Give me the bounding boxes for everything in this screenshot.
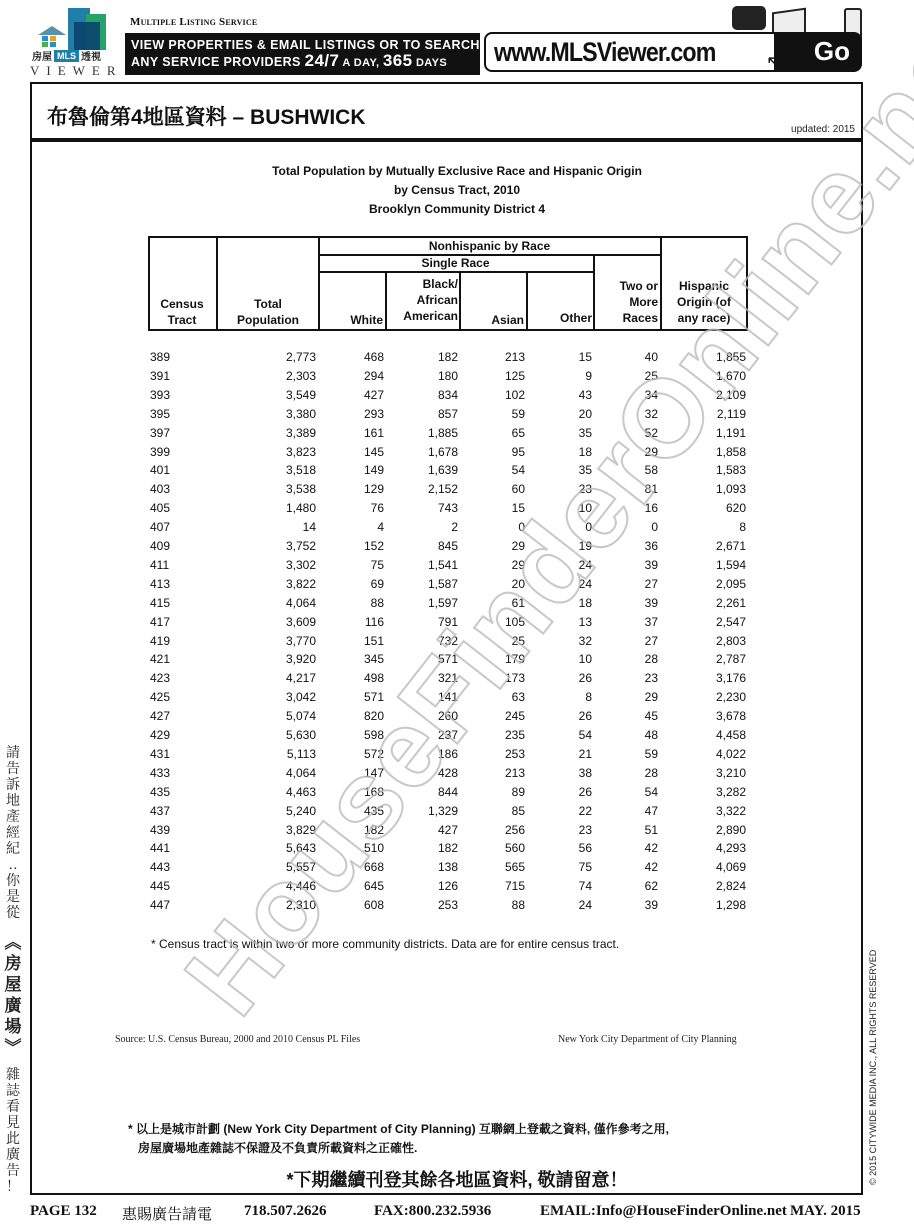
cell-hispanic: 2,824	[716, 879, 746, 893]
cell-white: 75	[371, 558, 384, 572]
cell-tract: 421	[150, 652, 170, 666]
cell-tract: 435	[150, 785, 170, 799]
cell-tract: 401	[150, 463, 170, 477]
cell-hispanic: 3,322	[716, 804, 746, 818]
cell-other: 21	[579, 747, 592, 761]
cell-asian: 20	[512, 577, 525, 591]
cell-total: 3,389	[286, 426, 316, 440]
cell-hispanic: 2,261	[716, 596, 746, 610]
cell-two-or-more: 29	[645, 445, 658, 459]
cell-tract: 425	[150, 690, 170, 704]
col-header-two-or-more: Two orMoreRaces	[595, 278, 658, 326]
cell-hispanic: 1,298	[716, 898, 746, 912]
logo-viewer-text: VIEWER	[30, 63, 122, 79]
cell-asian: 61	[512, 596, 525, 610]
cell-asian: 179	[505, 652, 525, 666]
cell-black: 1,329	[428, 804, 458, 818]
cell-white: 168	[364, 785, 384, 799]
cell-tract: 393	[150, 388, 170, 402]
cell-two-or-more: 39	[645, 898, 658, 912]
cell-total: 5,113	[287, 747, 316, 761]
table-row: 4193,7701517322532272,803	[148, 634, 748, 653]
cell-other: 54	[579, 728, 592, 742]
side-ad-magazine: ︽房屋廣場︾	[2, 932, 24, 1058]
cell-two-or-more: 39	[645, 596, 658, 610]
cell-other: 26	[579, 785, 592, 799]
cell-tract: 403	[150, 482, 170, 496]
logo-building-icon	[74, 22, 100, 50]
col-header-census-tract: CensusTract	[148, 296, 216, 328]
cell-total: 3,829	[286, 823, 316, 837]
cell-asian: 560	[505, 841, 525, 855]
cell-asian: 63	[512, 690, 525, 704]
cell-two-or-more: 54	[645, 785, 658, 799]
cell-black: 141	[438, 690, 458, 704]
cell-total: 3,042	[286, 690, 316, 704]
page-number: PAGE 132	[30, 1203, 97, 1220]
cell-total: 2,310	[286, 898, 316, 912]
cell-two-or-more: 51	[645, 823, 658, 837]
cell-black: 1,639	[428, 463, 458, 477]
cell-tract: 423	[150, 671, 170, 685]
cell-other: 35	[579, 426, 592, 440]
cell-black: 1,587	[428, 577, 458, 591]
cell-tract: 407	[150, 520, 170, 534]
col-header-total-population: TotalPopulation	[218, 296, 318, 328]
cell-other: 38	[579, 766, 592, 780]
cell-white: 608	[364, 898, 384, 912]
cell-hispanic: 2,787	[716, 652, 746, 666]
cell-two-or-more: 58	[645, 463, 658, 477]
cell-white: 345	[364, 652, 384, 666]
cell-hispanic: 1,191	[716, 426, 746, 440]
col-header-white: White	[320, 312, 383, 328]
cell-tract: 405	[150, 501, 170, 515]
cell-tract: 389	[150, 350, 170, 364]
title-divider	[30, 138, 863, 142]
cell-two-or-more: 16	[645, 501, 658, 515]
copyright-vertical: © 2015 CITYWIDE MEDIA INC., ALL RIGHTS R…	[868, 950, 878, 1185]
cell-hispanic: 2,230	[716, 690, 746, 704]
cell-other: 35	[579, 463, 592, 477]
cell-asian: 256	[505, 823, 525, 837]
cell-white: 88	[371, 596, 384, 610]
cell-other: 22	[579, 804, 592, 818]
table-row: 4253,042571141638292,230	[148, 690, 748, 709]
cell-two-or-more: 0	[651, 520, 658, 534]
cell-two-or-more: 42	[645, 841, 658, 855]
cell-two-or-more: 23	[645, 671, 658, 685]
source-note: Source: U.S. Census Bureau, 2000 and 201…	[115, 1034, 360, 1045]
cell-other: 32	[579, 634, 592, 648]
table-row: 4415,64351018256056424,293	[148, 841, 748, 860]
disclaimer: * 以上是城市計劃 (New York City Department of C…	[128, 1120, 669, 1158]
cell-white: 820	[364, 709, 384, 723]
cell-black: 237	[438, 728, 458, 742]
cell-hispanic: 3,210	[716, 766, 746, 780]
cell-two-or-more: 27	[645, 634, 658, 648]
cell-black: 571	[438, 652, 458, 666]
cell-total: 5,643	[286, 841, 316, 855]
cell-white: 4	[377, 520, 384, 534]
table-row: 4393,82918242725623512,890	[148, 823, 748, 842]
cell-black: 253	[438, 898, 458, 912]
cell-asian: 253	[505, 747, 525, 761]
col-header-black: Black/AfricanAmerican	[387, 276, 458, 324]
cell-black: 743	[438, 501, 458, 515]
cell-total: 3,518	[286, 463, 316, 477]
cell-other: 24	[579, 558, 592, 572]
cell-total: 3,538	[286, 482, 316, 496]
cell-other: 20	[579, 407, 592, 421]
col-header-other: Other	[528, 310, 592, 326]
subgroup-header-single-race: Single Race	[318, 255, 593, 271]
cell-asian: 54	[512, 463, 525, 477]
cell-other: 18	[579, 596, 592, 610]
cell-hispanic: 1,093	[716, 482, 746, 496]
fax-number: FAX:800.232.5936	[374, 1203, 491, 1220]
cell-two-or-more: 25	[645, 369, 658, 383]
cell-two-or-more: 29	[645, 690, 658, 704]
cell-hispanic: 2,803	[716, 634, 746, 648]
issue-date: MAY. 2015	[790, 1203, 861, 1220]
cell-tract: 439	[150, 823, 170, 837]
updated-label: updated: 2015	[791, 124, 855, 135]
cell-hispanic: 2,547	[716, 615, 746, 629]
cell-white: 145	[364, 445, 384, 459]
mls-viewer-logo: 房屋 MLS 透視 VIEWER	[30, 4, 122, 76]
cell-total: 4,217	[286, 671, 316, 685]
cell-black: 1,541	[428, 558, 458, 572]
cell-white: 294	[364, 369, 384, 383]
cell-white: 498	[364, 671, 384, 685]
col-header-asian: Asian	[461, 312, 524, 328]
table-footnote: * Census tract is within two or more com…	[151, 937, 619, 951]
cell-two-or-more: 39	[645, 558, 658, 572]
cell-total: 4,446	[286, 879, 316, 893]
cell-two-or-more: 62	[645, 879, 658, 893]
cell-hispanic: 3,282	[716, 785, 746, 799]
cell-tract: 397	[150, 426, 170, 440]
cell-black: 182	[438, 350, 458, 364]
cell-white: 468	[364, 350, 384, 364]
cell-black: 1,885	[428, 426, 458, 440]
cell-asian: 15	[512, 501, 525, 515]
video-camera-icon	[732, 6, 766, 30]
table-row: 4375,2404351,3298522473,322	[148, 804, 748, 823]
cell-two-or-more: 34	[645, 388, 658, 402]
cell-white: 151	[364, 634, 384, 648]
cell-black: 834	[438, 388, 458, 402]
cell-white: 572	[364, 747, 384, 761]
cell-tract: 443	[150, 860, 170, 874]
cell-asian: 65	[512, 426, 525, 440]
cell-other: 10	[579, 501, 592, 515]
table-header: Nonhispanic by Race Single Race CensusTr…	[148, 236, 748, 331]
cell-total: 4,463	[286, 785, 316, 799]
cell-black: 427	[438, 823, 458, 837]
cell-white: 147	[364, 766, 384, 780]
cell-white: 129	[364, 482, 384, 496]
cell-total: 14	[303, 520, 316, 534]
cell-hispanic: 2,119	[717, 407, 746, 421]
cell-tract: 417	[150, 615, 170, 629]
cell-black: 791	[438, 615, 458, 629]
cell-asian: 95	[512, 445, 525, 459]
table-row: 4234,21749832117326233,176	[148, 671, 748, 690]
cell-asian: 85	[512, 804, 525, 818]
cell-asian: 173	[505, 671, 525, 685]
cell-black: 1,678	[428, 445, 458, 459]
cell-tract: 433	[150, 766, 170, 780]
cell-black: 1,597	[428, 596, 458, 610]
cell-asian: 213	[505, 766, 525, 780]
cell-tract: 441	[150, 841, 170, 855]
cell-asian: 105	[505, 615, 525, 629]
cell-total: 3,380	[286, 407, 316, 421]
page-title: 布魯倫第4地區資料 – BUSHWICK	[47, 101, 366, 131]
cell-total: 3,770	[286, 634, 316, 648]
cell-total: 3,609	[286, 615, 316, 629]
cell-tract: 409	[150, 539, 170, 553]
cell-asian: 29	[512, 558, 525, 572]
table-row: 3892,77346818221315401,855	[148, 350, 748, 369]
cell-white: 427	[364, 388, 384, 402]
cell-asian: 213	[505, 350, 525, 364]
cell-tract: 411	[150, 558, 169, 572]
cell-asian: 60	[512, 482, 525, 496]
report-title: Total Population by Mutually Exclusive R…	[0, 164, 914, 178]
cell-asian: 88	[512, 898, 525, 912]
cell-other: 10	[579, 652, 592, 666]
cell-hispanic: 4,458	[716, 728, 746, 742]
source-agency: New York City Department of City Plannin…	[558, 1034, 737, 1045]
logo-brand-cn: 透視	[81, 48, 101, 63]
cell-black: 428	[438, 766, 458, 780]
table-row: 3912,3032941801259251,670	[148, 369, 748, 388]
cell-other: 19	[579, 539, 592, 553]
cell-white: 598	[364, 728, 384, 742]
cell-two-or-more: 27	[645, 577, 658, 591]
cell-white: 668	[364, 860, 384, 874]
cell-two-or-more: 52	[645, 426, 658, 440]
report-subtitle: by Census Tract, 2010	[0, 183, 914, 197]
cell-black: 260	[438, 709, 458, 723]
cell-total: 3,823	[286, 445, 316, 459]
cell-other: 26	[579, 671, 592, 685]
cell-black: 2	[451, 520, 458, 534]
cell-total: 3,549	[286, 388, 316, 402]
cell-other: 8	[585, 690, 592, 704]
cell-white: 69	[371, 577, 384, 591]
cell-black: 845	[438, 539, 458, 553]
cell-hispanic: 2,671	[716, 539, 746, 553]
table-row: 4173,60911679110513372,547	[148, 615, 748, 634]
cell-two-or-more: 32	[645, 407, 658, 421]
cell-other: 24	[579, 898, 592, 912]
cell-hispanic: 3,678	[716, 709, 746, 723]
cell-total: 3,302	[286, 558, 316, 572]
cell-hispanic: 4,069	[716, 860, 746, 874]
cell-two-or-more: 28	[645, 652, 658, 666]
table-row: 4295,63059823723554484,458	[148, 728, 748, 747]
email-address[interactable]: EMAIL:Info@HouseFinderOnline.net	[540, 1203, 787, 1220]
cell-white: 76	[371, 501, 384, 515]
cell-asian: 715	[505, 879, 525, 893]
cell-hispanic: 1,670	[716, 369, 746, 383]
cell-two-or-more: 36	[645, 539, 658, 553]
cell-total: 3,822	[286, 577, 316, 591]
cell-hispanic: 2,095	[716, 577, 746, 591]
cell-asian: 235	[505, 728, 525, 742]
cell-white: 645	[364, 879, 384, 893]
table-row: 4435,55766813856575424,069	[148, 860, 748, 879]
cell-total: 5,557	[286, 860, 316, 874]
table-row: 4454,44664512671574622,824	[148, 879, 748, 898]
cell-hispanic: 1,594	[716, 558, 746, 572]
cell-hispanic: 4,293	[716, 841, 746, 855]
cell-asian: 565	[505, 860, 525, 874]
group-header-nonhispanic: Nonhispanic by Race	[318, 238, 661, 254]
cell-white: 571	[364, 690, 384, 704]
cell-other: 26	[579, 709, 592, 723]
cell-black: 126	[438, 879, 458, 893]
cell-black: 186	[438, 747, 458, 761]
cell-hispanic: 2,109	[716, 388, 746, 402]
cell-total: 4,064	[286, 596, 316, 610]
go-label: Go	[814, 36, 850, 67]
cell-two-or-more: 40	[645, 350, 658, 364]
table-row: 3933,54942783410243342,109	[148, 388, 748, 407]
cell-tract: 429	[150, 728, 170, 742]
website-url[interactable]: www.MLSViewer.com	[494, 37, 716, 68]
cell-asian: 245	[505, 709, 525, 723]
logo-brand-row: 房屋 MLS 透視	[32, 49, 101, 62]
cell-two-or-more: 47	[645, 804, 658, 818]
cell-white: 152	[364, 539, 384, 553]
table-row: 4154,064881,5976118392,261	[148, 596, 748, 615]
cell-two-or-more: 42	[645, 860, 658, 874]
cell-asian: 102	[505, 388, 525, 402]
logo-mls-tag: MLS	[54, 50, 79, 62]
cell-two-or-more: 37	[645, 615, 658, 629]
service-label: Multiple Listing Service	[130, 16, 257, 28]
disclaimer-line1: * 以上是城市計劃 (New York City Department of C…	[128, 1120, 669, 1139]
cell-other: 56	[579, 841, 592, 855]
side-ad-top: 請告訴地產經紀‥ 你是從	[2, 746, 24, 922]
table-row: 4013,5181491,6395435581,583	[148, 463, 748, 482]
cell-two-or-more: 59	[645, 747, 658, 761]
cell-white: 182	[364, 823, 384, 837]
cell-total: 4,064	[286, 766, 316, 780]
table-row: 3993,8231451,6789518291,858	[148, 445, 748, 464]
cell-other: 23	[579, 823, 592, 837]
cell-total: 2,303	[286, 369, 316, 383]
cell-black: 182	[438, 841, 458, 855]
cell-tract: 399	[150, 445, 170, 459]
cell-two-or-more: 81	[645, 482, 658, 496]
cell-total: 5,630	[286, 728, 316, 742]
cell-hispanic: 4,022	[716, 747, 746, 761]
ad-label: 惠賜廣告請電	[122, 1203, 212, 1224]
cell-tract: 445	[150, 879, 170, 893]
cell-asian: 59	[512, 407, 525, 421]
table-row: 3953,3802938575920322,119	[148, 407, 748, 426]
cell-hispanic: 1,583	[716, 463, 746, 477]
cell-asian: 25	[512, 634, 525, 648]
side-ad-bottom: 雜誌看見此廣告！	[2, 1068, 24, 1196]
tagline-banner: VIEW PROPERTIES & EMAIL LISTINGS OR TO S…	[125, 33, 480, 75]
next-issue-notice: *下期繼續刊登其餘各地區資料, 敬請留意！	[0, 1166, 914, 1192]
table-row: 4472,3106082538824391,298	[148, 898, 748, 917]
cell-black: 732	[438, 634, 458, 648]
cell-black: 138	[438, 860, 458, 874]
cell-total: 3,752	[286, 539, 316, 553]
cell-tract: 391	[150, 369, 170, 383]
table-row: 4275,07482026024526453,678	[148, 709, 748, 728]
cell-other: 24	[579, 577, 592, 591]
cell-black: 2,152	[428, 482, 458, 496]
cell-tract: 419	[150, 634, 170, 648]
cell-white: 293	[364, 407, 384, 421]
cell-other: 0	[585, 520, 592, 534]
cell-tract: 413	[150, 577, 170, 591]
cell-other: 75	[579, 860, 592, 874]
cell-hispanic: 3,176	[716, 671, 746, 685]
website-link[interactable]: www.MLSViewer.com ↖	[484, 32, 776, 72]
cell-other: 74	[579, 879, 592, 893]
cell-black: 844	[438, 785, 458, 799]
cell-black: 180	[438, 369, 458, 383]
table-row: 4113,302751,5412924391,594	[148, 558, 748, 577]
cell-total: 5,074	[286, 709, 316, 723]
cell-tract: 437	[150, 804, 170, 818]
logo-house-icon	[38, 26, 66, 46]
cell-white: 435	[364, 804, 384, 818]
table-row: 40714420008	[148, 520, 748, 539]
col-header-hispanic: HispanicOrigin (ofany race)	[662, 278, 746, 326]
cell-total: 2,773	[286, 350, 316, 364]
cell-hispanic: 8	[739, 520, 746, 534]
cell-other: 13	[579, 615, 592, 629]
disclaimer-line2: 房屋廣場地產雜誌不保證及不負責所載資料之正確性.	[128, 1139, 669, 1158]
table-row: 3973,3891611,8856535521,191	[148, 426, 748, 445]
cell-other: 15	[579, 350, 592, 364]
cell-black: 321	[438, 671, 458, 685]
table-row: 4093,7521528452919362,671	[148, 539, 748, 558]
cell-tract: 415	[150, 596, 170, 610]
table-row: 4354,4631688448926543,282	[148, 785, 748, 804]
cell-hispanic: 1,855	[716, 350, 746, 364]
cell-tract: 395	[150, 407, 170, 421]
cell-white: 161	[364, 426, 384, 440]
table-row: 4213,92034557117910282,787	[148, 652, 748, 671]
go-button[interactable]: Go	[776, 32, 862, 72]
table-row: 4133,822691,5872024272,095	[148, 577, 748, 596]
cell-two-or-more: 28	[645, 766, 658, 780]
cell-hispanic: 2,890	[716, 823, 746, 837]
cell-total: 1,480	[286, 501, 316, 515]
cell-black: 857	[438, 407, 458, 421]
cell-white: 510	[364, 841, 384, 855]
table-row: 4334,06414742821338283,210	[148, 766, 748, 785]
report-district: Brooklyn Community District 4	[0, 202, 914, 216]
cell-asian: 89	[512, 785, 525, 799]
table-row: 4315,11357218625321594,022	[148, 747, 748, 766]
logo-brand-cn: 房屋	[32, 48, 52, 63]
table-row: 4033,5381292,1526023811,093	[148, 482, 748, 501]
cell-total: 5,240	[286, 804, 316, 818]
